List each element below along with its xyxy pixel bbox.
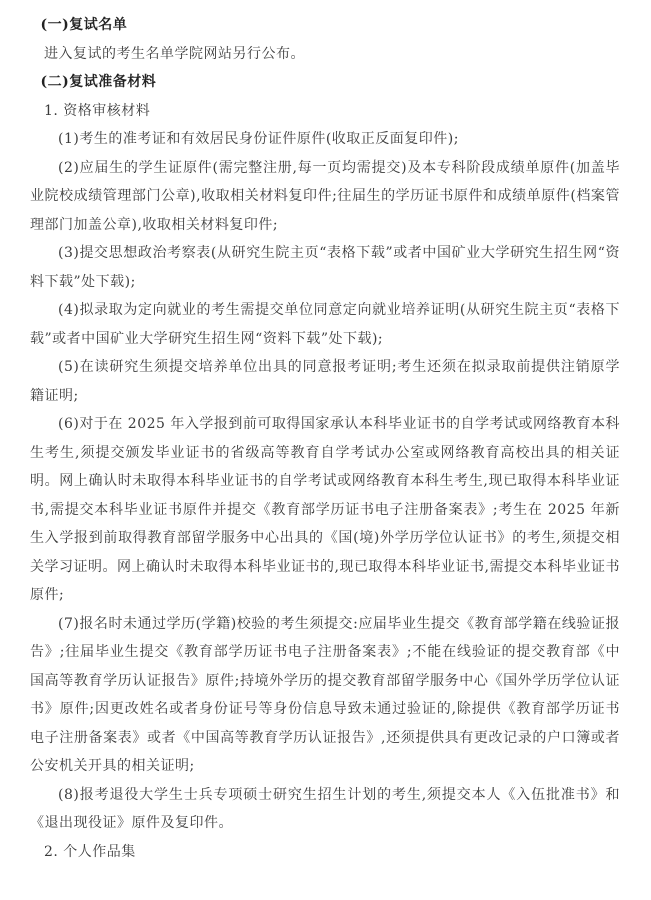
para-material-item-1: (1)考生的准考证和有效居民身份证件原件(收取正反面复印件); xyxy=(30,125,620,154)
document-page: (一)复试名单 进入复试的考生名单学院网站另行公布。 (二)复试准备材料 1. … xyxy=(0,0,651,900)
section-heading-retest-materials: (二)复试准备材料 xyxy=(30,68,620,97)
para-material-item-3: (3)提交思想政治考察表(从研究生院主页“表格下载”或者中国矿业大学研究生招生网… xyxy=(30,239,620,296)
para-material-item-2: (2)应届生的学生证原件(需完整注册,每一页均需提交)及本专科阶段成绩单原件(加… xyxy=(30,154,620,240)
para-material-item-7: (7)报名时未通过学历(学籍)校验的考生须提交:应届毕业生提交《教育部学籍在线验… xyxy=(30,610,620,781)
para-qualification-materials-title: 1. 资格审核材料 xyxy=(30,97,620,126)
para-personal-portfolio-title: 2. 个人作品集 xyxy=(30,838,620,867)
para-material-item-4: (4)拟录取为定向就业的考生需提交单位同意定向就业培养证明(从研究生院主页“表格… xyxy=(30,296,620,353)
para-material-item-6: (6)对于在 2025 年入学报到前可取得国家承认本科毕业证书的自学考试或网络教… xyxy=(30,410,620,610)
para-retest-list-notice: 进入复试的考生名单学院网站另行公布。 xyxy=(30,40,620,69)
para-material-item-5: (5)在读研究生须提交培养单位出具的同意报考证明;考生还须在拟录取前提供注销原学… xyxy=(30,353,620,410)
para-material-item-8: (8)报考退役大学生士兵专项硕士研究生招生计划的考生,须提交本人《入伍批准书》和… xyxy=(30,781,620,838)
section-heading-retest-list: (一)复试名单 xyxy=(30,11,620,40)
